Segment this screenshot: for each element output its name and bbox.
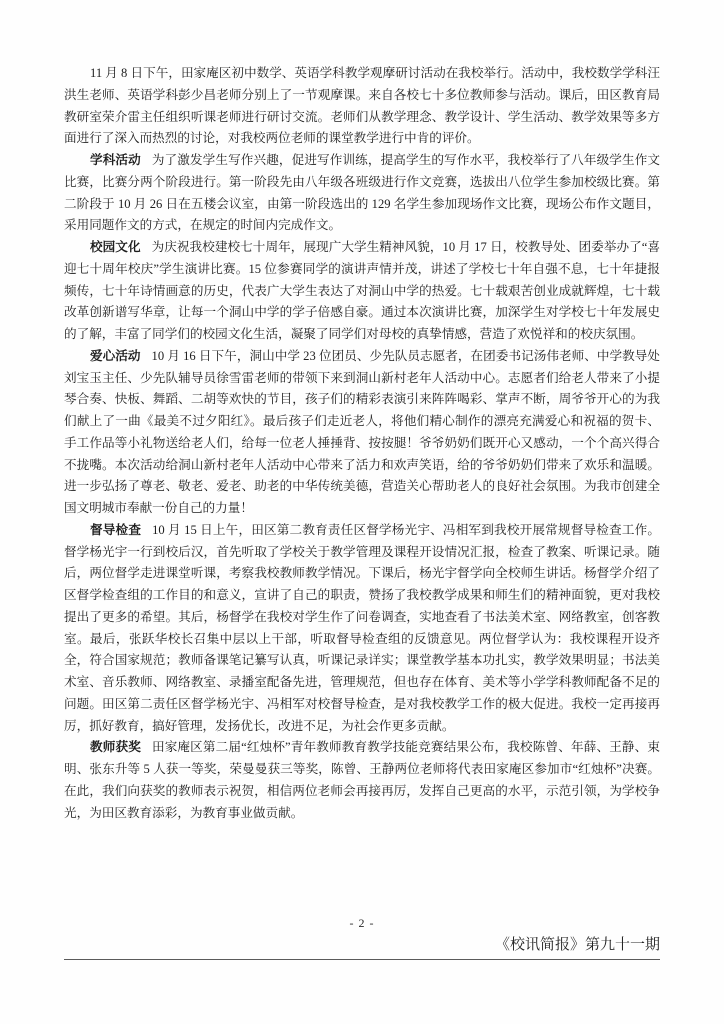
section-header-charity-activity: 爱心活动 xyxy=(90,349,141,363)
paragraph-text: 为了激发学生写作兴趣，促进写作训练，提高学生的写作水平，我校举行了八年级学生作文… xyxy=(64,153,660,232)
newsletter-body: 11 月 8 日下午，田家庵区初中数学、英语学科教学观摩研讨活动在我校举行。活动… xyxy=(64,63,660,824)
footer-divider-line xyxy=(64,959,660,960)
section-header-teacher-awards: 教师获奖 xyxy=(90,740,141,754)
section-header-supervision-inspection: 督导检查 xyxy=(90,523,141,537)
section-header-campus-culture: 校园文化 xyxy=(90,240,141,254)
section-header-subject-activity: 学科活动 xyxy=(90,153,141,167)
page-number: - 2 - xyxy=(0,916,724,931)
newsletter-paragraph: 爱心活动10 月 16 日下午，洞山中学 23 位团员、少先队员志愿者，在团委书… xyxy=(64,346,660,520)
newsletter-paragraph: 学科活动为了激发学生写作兴趣，促进写作训练，提高学生的写作水平，我校举行了八年级… xyxy=(64,150,660,237)
newsletter-paragraph: 校园文化为庆祝我校建校七十周年，展现广大学生精神风貌，10 月 17 日，校教导… xyxy=(64,237,660,346)
newsletter-paragraph: 督导检查10 月 15 日上午，田区第二教育责任区督学杨光宇、冯相军到我校开展常… xyxy=(64,520,660,738)
newsletter-paragraph: 教师获奖田家庵区第二届“红烛杯”青年教师教育教学技能竞赛结果公布，我校陈曾、年薛… xyxy=(64,737,660,824)
paragraph-text: 田家庵区第二届“红烛杯”青年教师教育教学技能竞赛结果公布，我校陈曾、年薛、王静、… xyxy=(64,740,660,819)
newsletter-page: 11 月 8 日下午，田家庵区初中数学、英语学科教学观摩研讨活动在我校举行。活动… xyxy=(0,0,724,1024)
footer-publication-title: 《校讯简报》第九十一期 xyxy=(495,933,660,954)
paragraph-text: 10 月 16 日下午，洞山中学 23 位团员、少先队员志愿者，在团委书记汤伟老… xyxy=(64,349,660,515)
paragraph-text: 11 月 8 日下午，田家庵区初中数学、英语学科教学观摩研讨活动在我校举行。活动… xyxy=(64,66,660,145)
paragraph-text: 10 月 15 日上午，田区第二教育责任区督学杨光宇、冯相军到我校开展常规督导检… xyxy=(64,523,660,733)
paragraph-text: 为庆祝我校建校七十周年，展现广大学生精神风貌，10 月 17 日，校教导处、团委… xyxy=(64,240,660,341)
newsletter-paragraph: 11 月 8 日下午，田家庵区初中数学、英语学科教学观摩研讨活动在我校举行。活动… xyxy=(64,63,660,150)
